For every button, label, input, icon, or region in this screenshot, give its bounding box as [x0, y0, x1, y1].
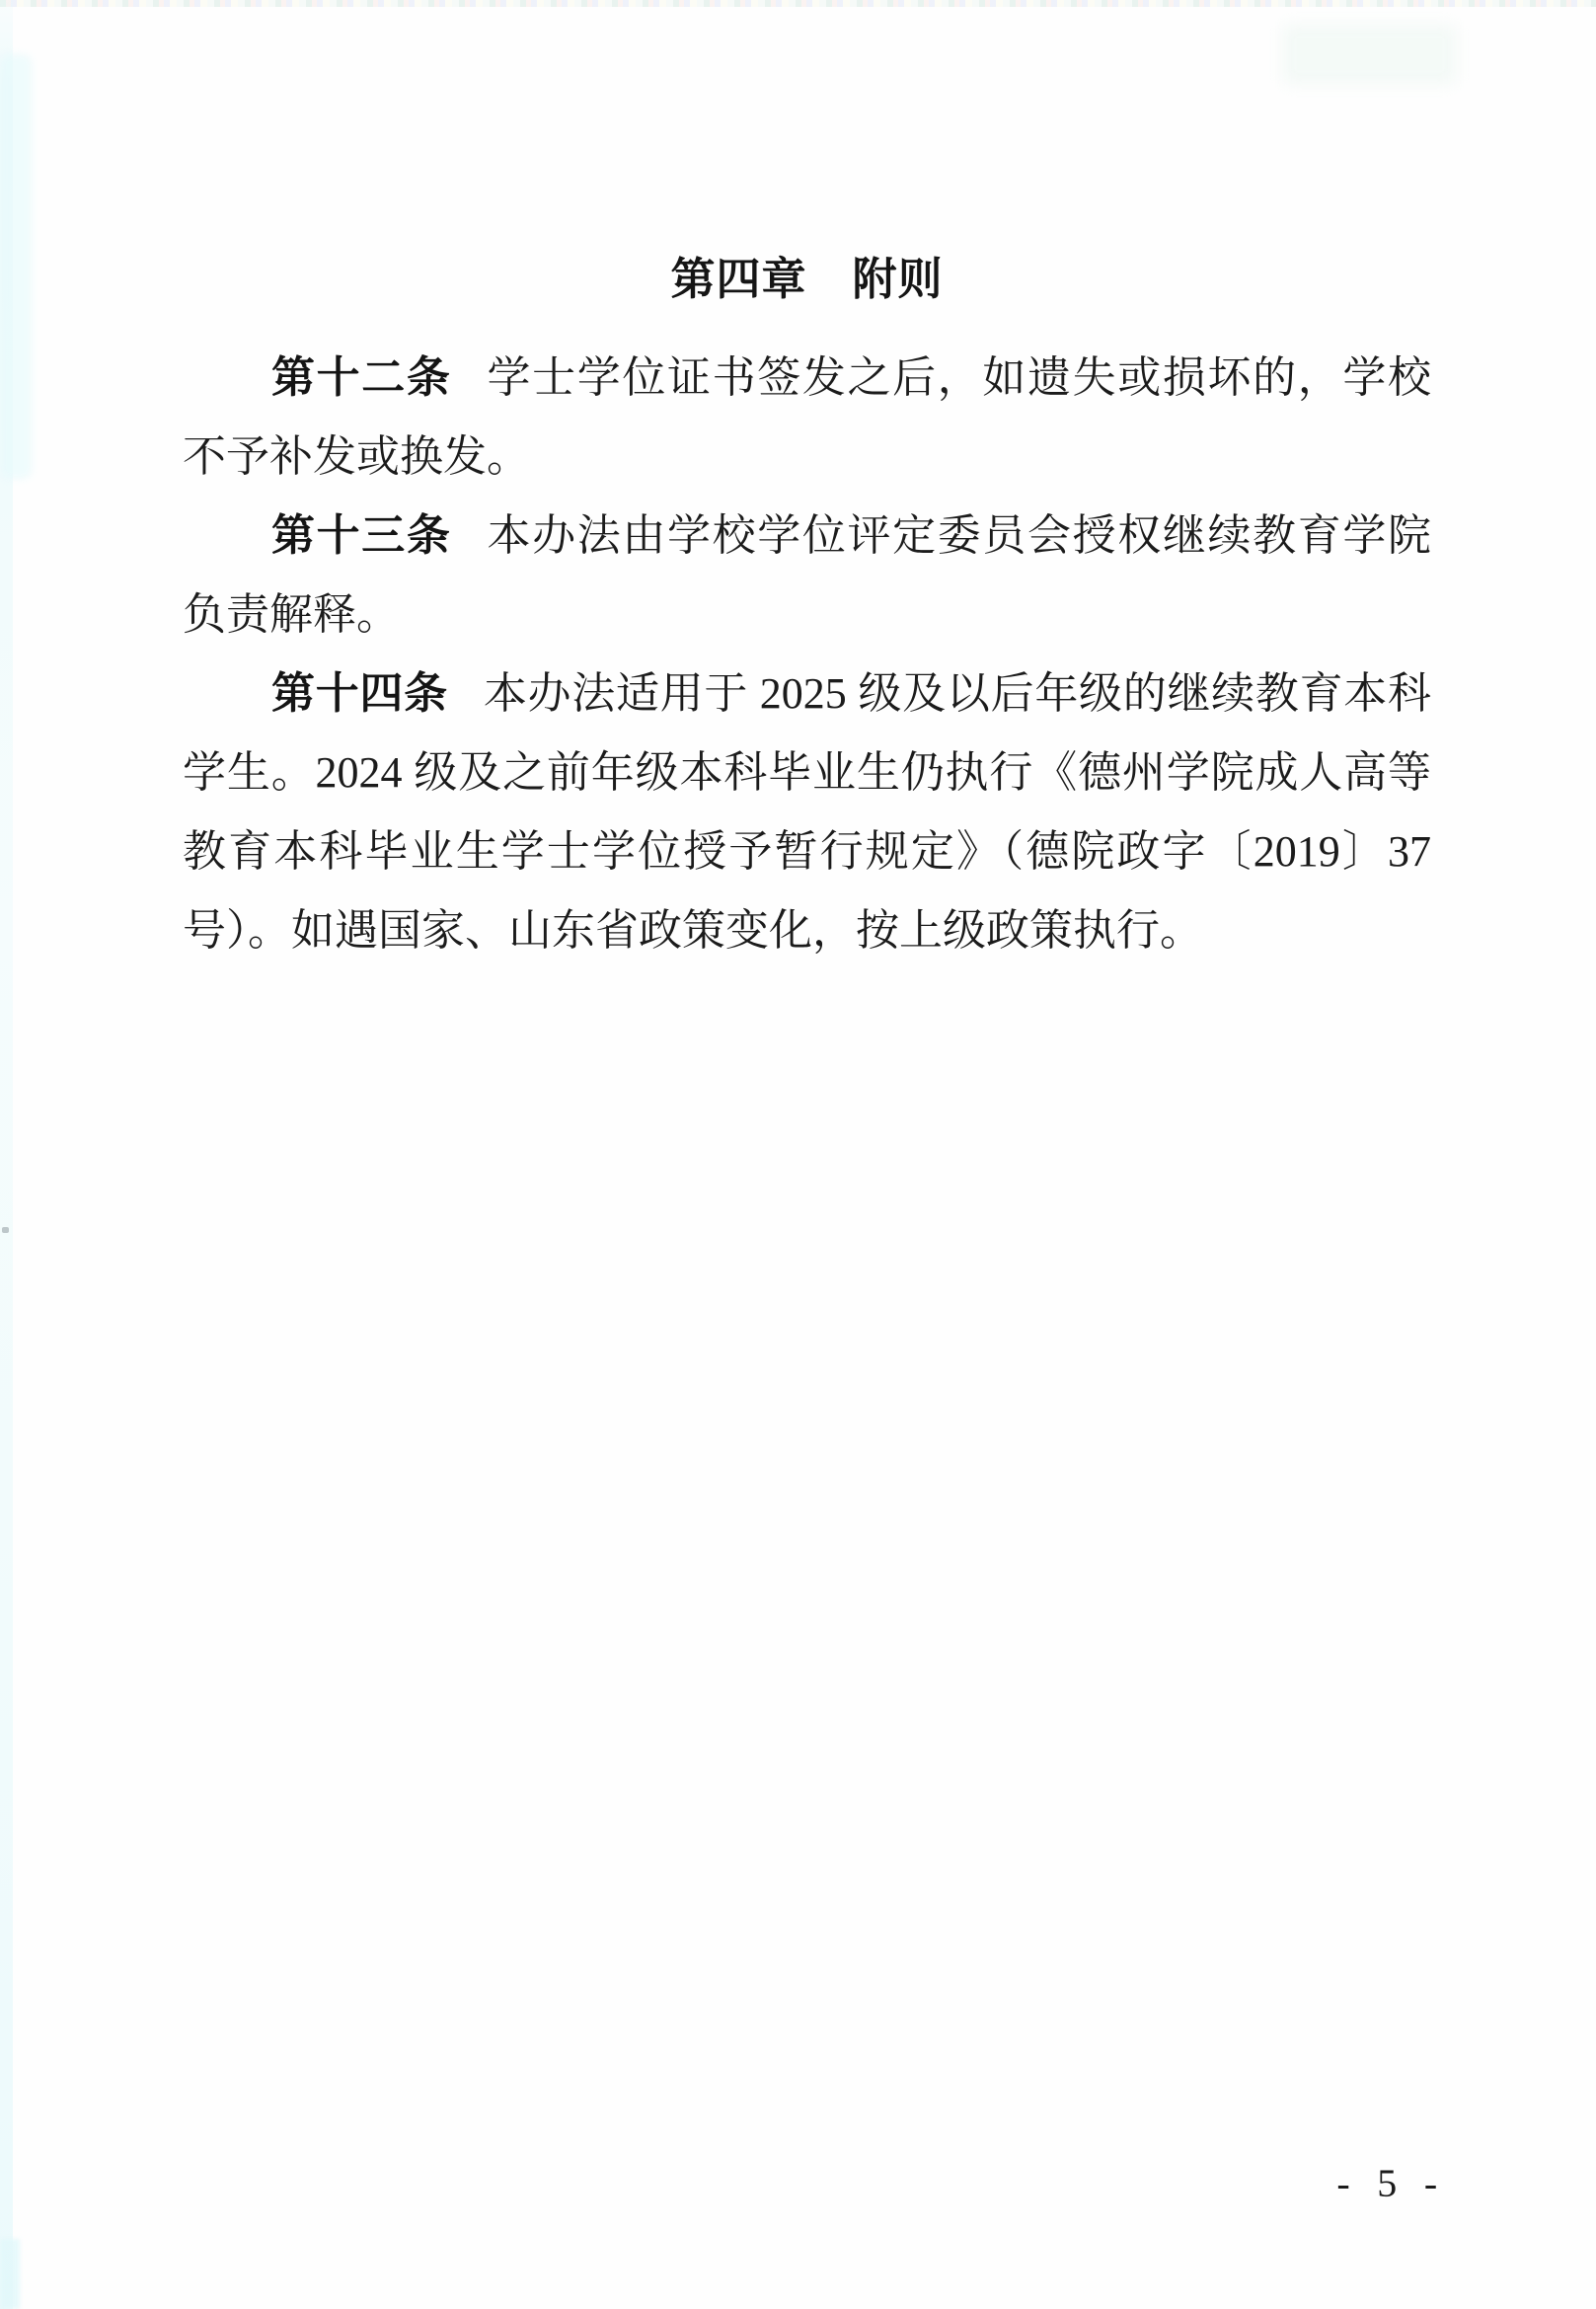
scan-artifact-speck [2, 1227, 9, 1233]
article-13-label: 第十三条 [271, 511, 452, 560]
text-line: 第十四条本办法适用于 2025 级及以后年级的继续教育本科 [183, 654, 1431, 733]
text-line: 不予补发或换发。 [183, 418, 1431, 497]
text-line: 教育本科毕业生学士学位授予暂行规定》（德院政字〔2019〕37 [183, 812, 1431, 891]
article-14-label: 第十四条 [271, 669, 448, 718]
article-13: 第十三条本办法由学校学位评定委员会授权继续教育学院 负责解释。 [183, 497, 1431, 654]
article-12: 第十二条学士学位证书签发之后，如遗失或损坏的，学校 不予补发或换发。 [183, 339, 1431, 497]
document-body: 第十二条学士学位证书签发之后，如遗失或损坏的，学校 不予补发或换发。 第十三条本… [183, 339, 1431, 970]
scan-artifact-bottom-left [0, 2239, 20, 2309]
chapter-title: 第四章 附则 [183, 249, 1431, 310]
article-13-text: 本办法由学校学位评定委员会授权继续教育学院 [488, 511, 1432, 560]
article-12-text: 学士学位证书签发之后，如遗失或损坏的，学校 [488, 353, 1432, 402]
scan-artifact-left-smudge [0, 54, 32, 479]
article-14-text: 本办法适用于 2025 级及以后年级的继续教育本科 [484, 669, 1431, 718]
text-line: 号）。如遇国家、山东省政策变化，按上级政策执行。 [183, 891, 1431, 970]
article-14: 第十四条本办法适用于 2025 级及以后年级的继续教育本科 学生。2024 级及… [183, 654, 1431, 970]
text-line: 第十三条本办法由学校学位评定委员会授权继续教育学院 [183, 497, 1431, 576]
text-line: 学生。2024 级及之前年级本科毕业生仍执行《德州学院成人高等 [183, 733, 1431, 812]
page-number: - 5 - [1336, 2160, 1446, 2206]
scan-artifact-top-right [1283, 25, 1456, 84]
article-12-label: 第十二条 [271, 353, 452, 402]
text-line: 负责解释。 [183, 576, 1431, 654]
text-line: 第十二条学士学位证书签发之后，如遗失或损坏的，学校 [183, 339, 1431, 418]
scan-artifact-top-band [0, 0, 1596, 7]
document-page: 第四章 附则 第十二条学士学位证书签发之后，如遗失或损坏的，学校 不予补发或换发… [0, 0, 1596, 2309]
